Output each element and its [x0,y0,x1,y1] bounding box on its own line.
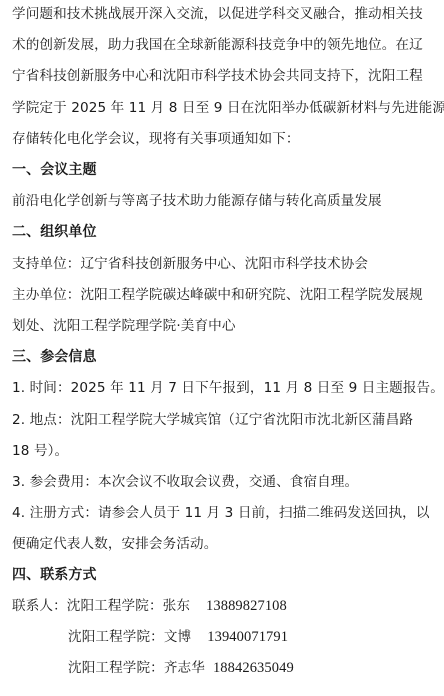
intro-line: 学问题和技术挑战展开深入交流，以促进学科交叉融合，推动相关技 [12,0,423,30]
contact-org: 沈阳工程学院： [68,660,164,676]
section-heading-theme: 一、会议主题 [12,155,97,186]
contact-name: 张东 [163,598,190,614]
contact-org: 沈阳工程学院： [67,598,163,614]
contact-label: 联系人： [12,598,67,614]
intro-line: 术的创新发展，助力我国在全球新能源科技竞争中的领先地位。在辽 [12,30,423,61]
support-unit: 支持单位：辽宁省科技创新服务中心、沈阳市科学技术协会 [12,249,368,280]
contact-org: 沈阳工程学院： [68,629,164,645]
contact-phone: 13889827108 [206,598,287,614]
section-heading-contact: 四、联系方式 [12,560,97,591]
theme-text: 前沿电化学创新与等离子技术助力能源存储与转化高质量发展 [12,186,382,217]
host-unit-line: 划处、沈阳工程学院理学院·美育中心 [12,311,236,342]
info-registration: 4. 注册方式：请参会人员于 11 月 3 日前，扫描二维码发送回执，以 [12,498,430,529]
info-fee: 3. 参会费用：本次会议不收取会议费，交通、食宿自理。 [12,467,358,498]
info-registration-cont: 便确定代表人数，安排会务活动。 [12,529,217,560]
intro-line: 学院定于 2025 年 11 月 8 日至 9 日在沈阳举办低碳新材料与先进能源 [12,93,444,124]
host-unit-line: 主办单位：沈阳工程学院碳达峰碳中和研究院、沈阳工程学院发展规 [12,280,423,311]
contact-phone: 13940071791 [207,629,288,645]
info-time: 1. 时间：2025 年 11 月 7 日下午报到，11 月 8 日至 9 日主… [12,373,444,404]
contact-row: 沈阳工程学院：文博13940071791 [68,622,288,653]
intro-line: 存储转化电化学会议，现将有关事项通知如下： [12,124,300,155]
contact-phone: 18842635049 [213,660,294,676]
contact-row: 沈阳工程学院：齐志华18842635049 [68,653,294,684]
section-heading-organizers: 二、组织单位 [12,217,97,248]
section-heading-info: 三、参会信息 [12,342,97,373]
intro-line: 宁省科技创新服务中心和沈阳市科学技术协会共同支持下，沈阳工程 [12,61,423,92]
contact-name: 文博 [164,629,191,645]
contact-name: 齐志华 [164,660,205,676]
info-location-cont: 18 号）。 [12,436,68,467]
contact-row: 联系人：沈阳工程学院：张东13889827108 [12,591,287,622]
info-location: 2. 地点：沈阳工程学院大学城宾馆（辽宁省沈阳市沈北新区蒲昌路 [12,405,413,436]
